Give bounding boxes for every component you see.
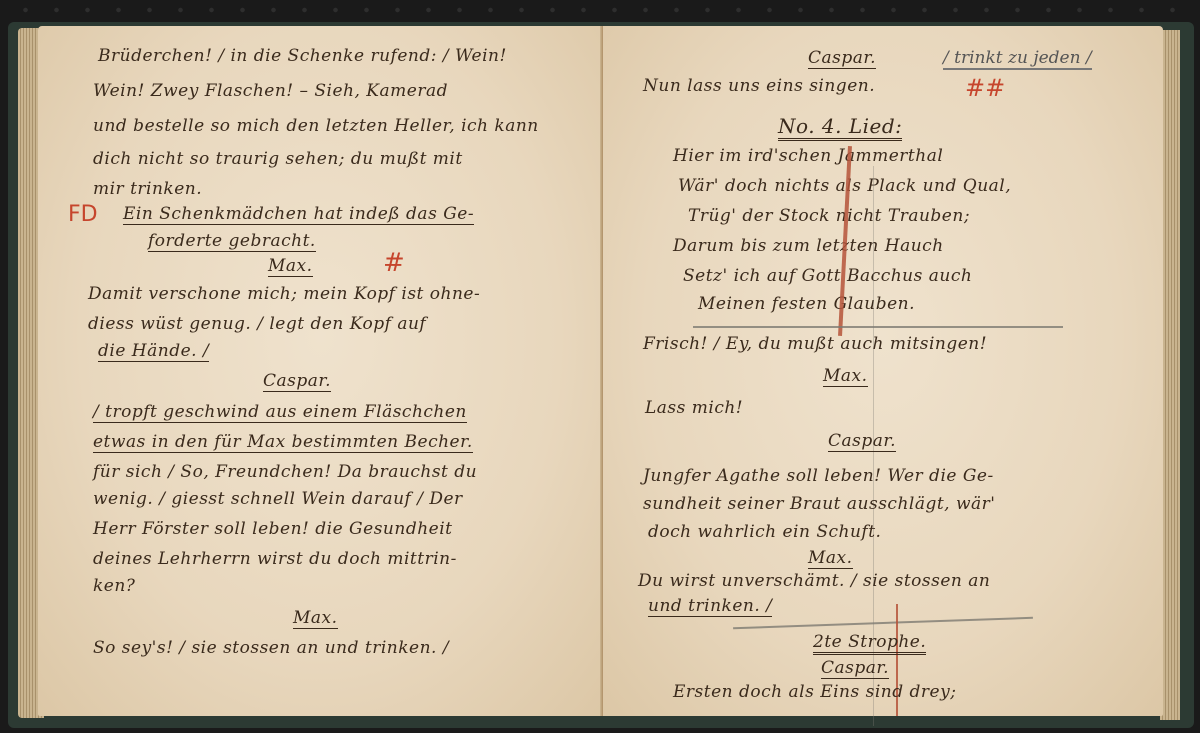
pencil-note: / trinkt zu jeden / bbox=[943, 48, 1092, 70]
left-page: Brüderchen! / in die Schenke rufend: / W… bbox=[38, 26, 603, 716]
speaker-name: Max. bbox=[808, 548, 853, 569]
text-line: Nun lass uns eins singen. bbox=[643, 76, 875, 96]
speaker-name: Caspar. bbox=[821, 658, 889, 679]
song-line: Trüg' der Stock nicht Trauben; bbox=[688, 206, 970, 226]
stage-direction: forderte gebracht. bbox=[148, 231, 316, 252]
text-line: Jungfer Agathe soll leben! Wer die Ge- bbox=[643, 466, 994, 486]
song-line: Darum bis zum letzten Hauch bbox=[673, 236, 944, 256]
text-line: / tropft geschwind aus einem Fläschchen bbox=[93, 402, 467, 423]
speaker-name: Max. bbox=[293, 608, 338, 629]
text-line: und trinken. / bbox=[648, 596, 772, 617]
text-line: mir trinken. bbox=[93, 179, 202, 199]
text-line: und bestelle so mich den letzten Heller,… bbox=[93, 116, 539, 136]
speaker-name: Caspar. bbox=[808, 48, 876, 69]
song-title: No. 4. Lied: bbox=[778, 114, 902, 141]
speaker-name: Caspar. bbox=[263, 371, 331, 392]
text-line: etwas in den für Max bestimmten Becher. bbox=[93, 432, 473, 453]
red-annotation: FD bbox=[68, 202, 98, 227]
speaker-name: Caspar. bbox=[828, 431, 896, 452]
text-line: Herr Förster soll leben! die Gesundheit bbox=[93, 519, 452, 539]
text-line: doch wahrlich ein Schuft. bbox=[648, 522, 881, 542]
pencil-strike-line bbox=[733, 617, 1033, 629]
text-line: dich nicht so traurig sehen; du mußt mit bbox=[93, 149, 463, 169]
text-line: Wein! Zwey Flaschen! – Sieh, Kamerad bbox=[93, 81, 448, 101]
song-line: Meinen festen Glauben. bbox=[698, 294, 915, 314]
text-line: deines Lehrherrn wirst du doch mittrin- bbox=[93, 549, 457, 569]
pencil-strike-line bbox=[693, 326, 1063, 328]
right-page: Caspar. Nun lass uns eins singen. / trin… bbox=[603, 26, 1163, 716]
text-line: Lass mich! bbox=[645, 398, 743, 418]
page-edges-right bbox=[1160, 30, 1180, 720]
text-line: Damit verschone mich; mein Kopf ist ohne… bbox=[88, 284, 480, 304]
verse-label: 2te Strophe. bbox=[813, 632, 926, 655]
song-line: Setz' ich auf Gott Bacchus auch bbox=[683, 266, 972, 286]
text-line: für sich / So, Freundchen! Da brauchst d… bbox=[93, 462, 477, 482]
text-line: diess wüst genug. / legt den Kopf auf bbox=[88, 314, 426, 334]
speaker-name: Max. bbox=[268, 256, 313, 277]
stage-direction: Ein Schenkmädchen hat indeß das Ge- bbox=[123, 204, 474, 225]
text-line: So sey's! / sie stossen an und trinken. … bbox=[93, 638, 449, 658]
text-line: Brüderchen! / in die Schenke rufend: / W… bbox=[98, 46, 507, 66]
text-line: Du wirst unverschämt. / sie stossen an bbox=[638, 571, 990, 591]
song-line: Hier im ird'schen Jammerthal bbox=[673, 146, 943, 166]
red-annotation: # bbox=[383, 248, 405, 278]
text-line: Ersten doch als Eins sind drey; bbox=[673, 682, 956, 702]
text-line: Frisch! / Ey, du mußt auch mitsingen! bbox=[643, 334, 987, 354]
text-line: wenig. / giesst schnell Wein darauf / De… bbox=[93, 489, 463, 509]
background-pegboard bbox=[0, 0, 1200, 20]
text-line: sundheit seiner Braut ausschlägt, wär' bbox=[643, 494, 995, 514]
text-line: ken? bbox=[93, 576, 135, 596]
speaker-name: Max. bbox=[823, 366, 868, 387]
text-line: die Hände. / bbox=[98, 341, 209, 362]
red-annotation: ## bbox=[965, 74, 1005, 102]
